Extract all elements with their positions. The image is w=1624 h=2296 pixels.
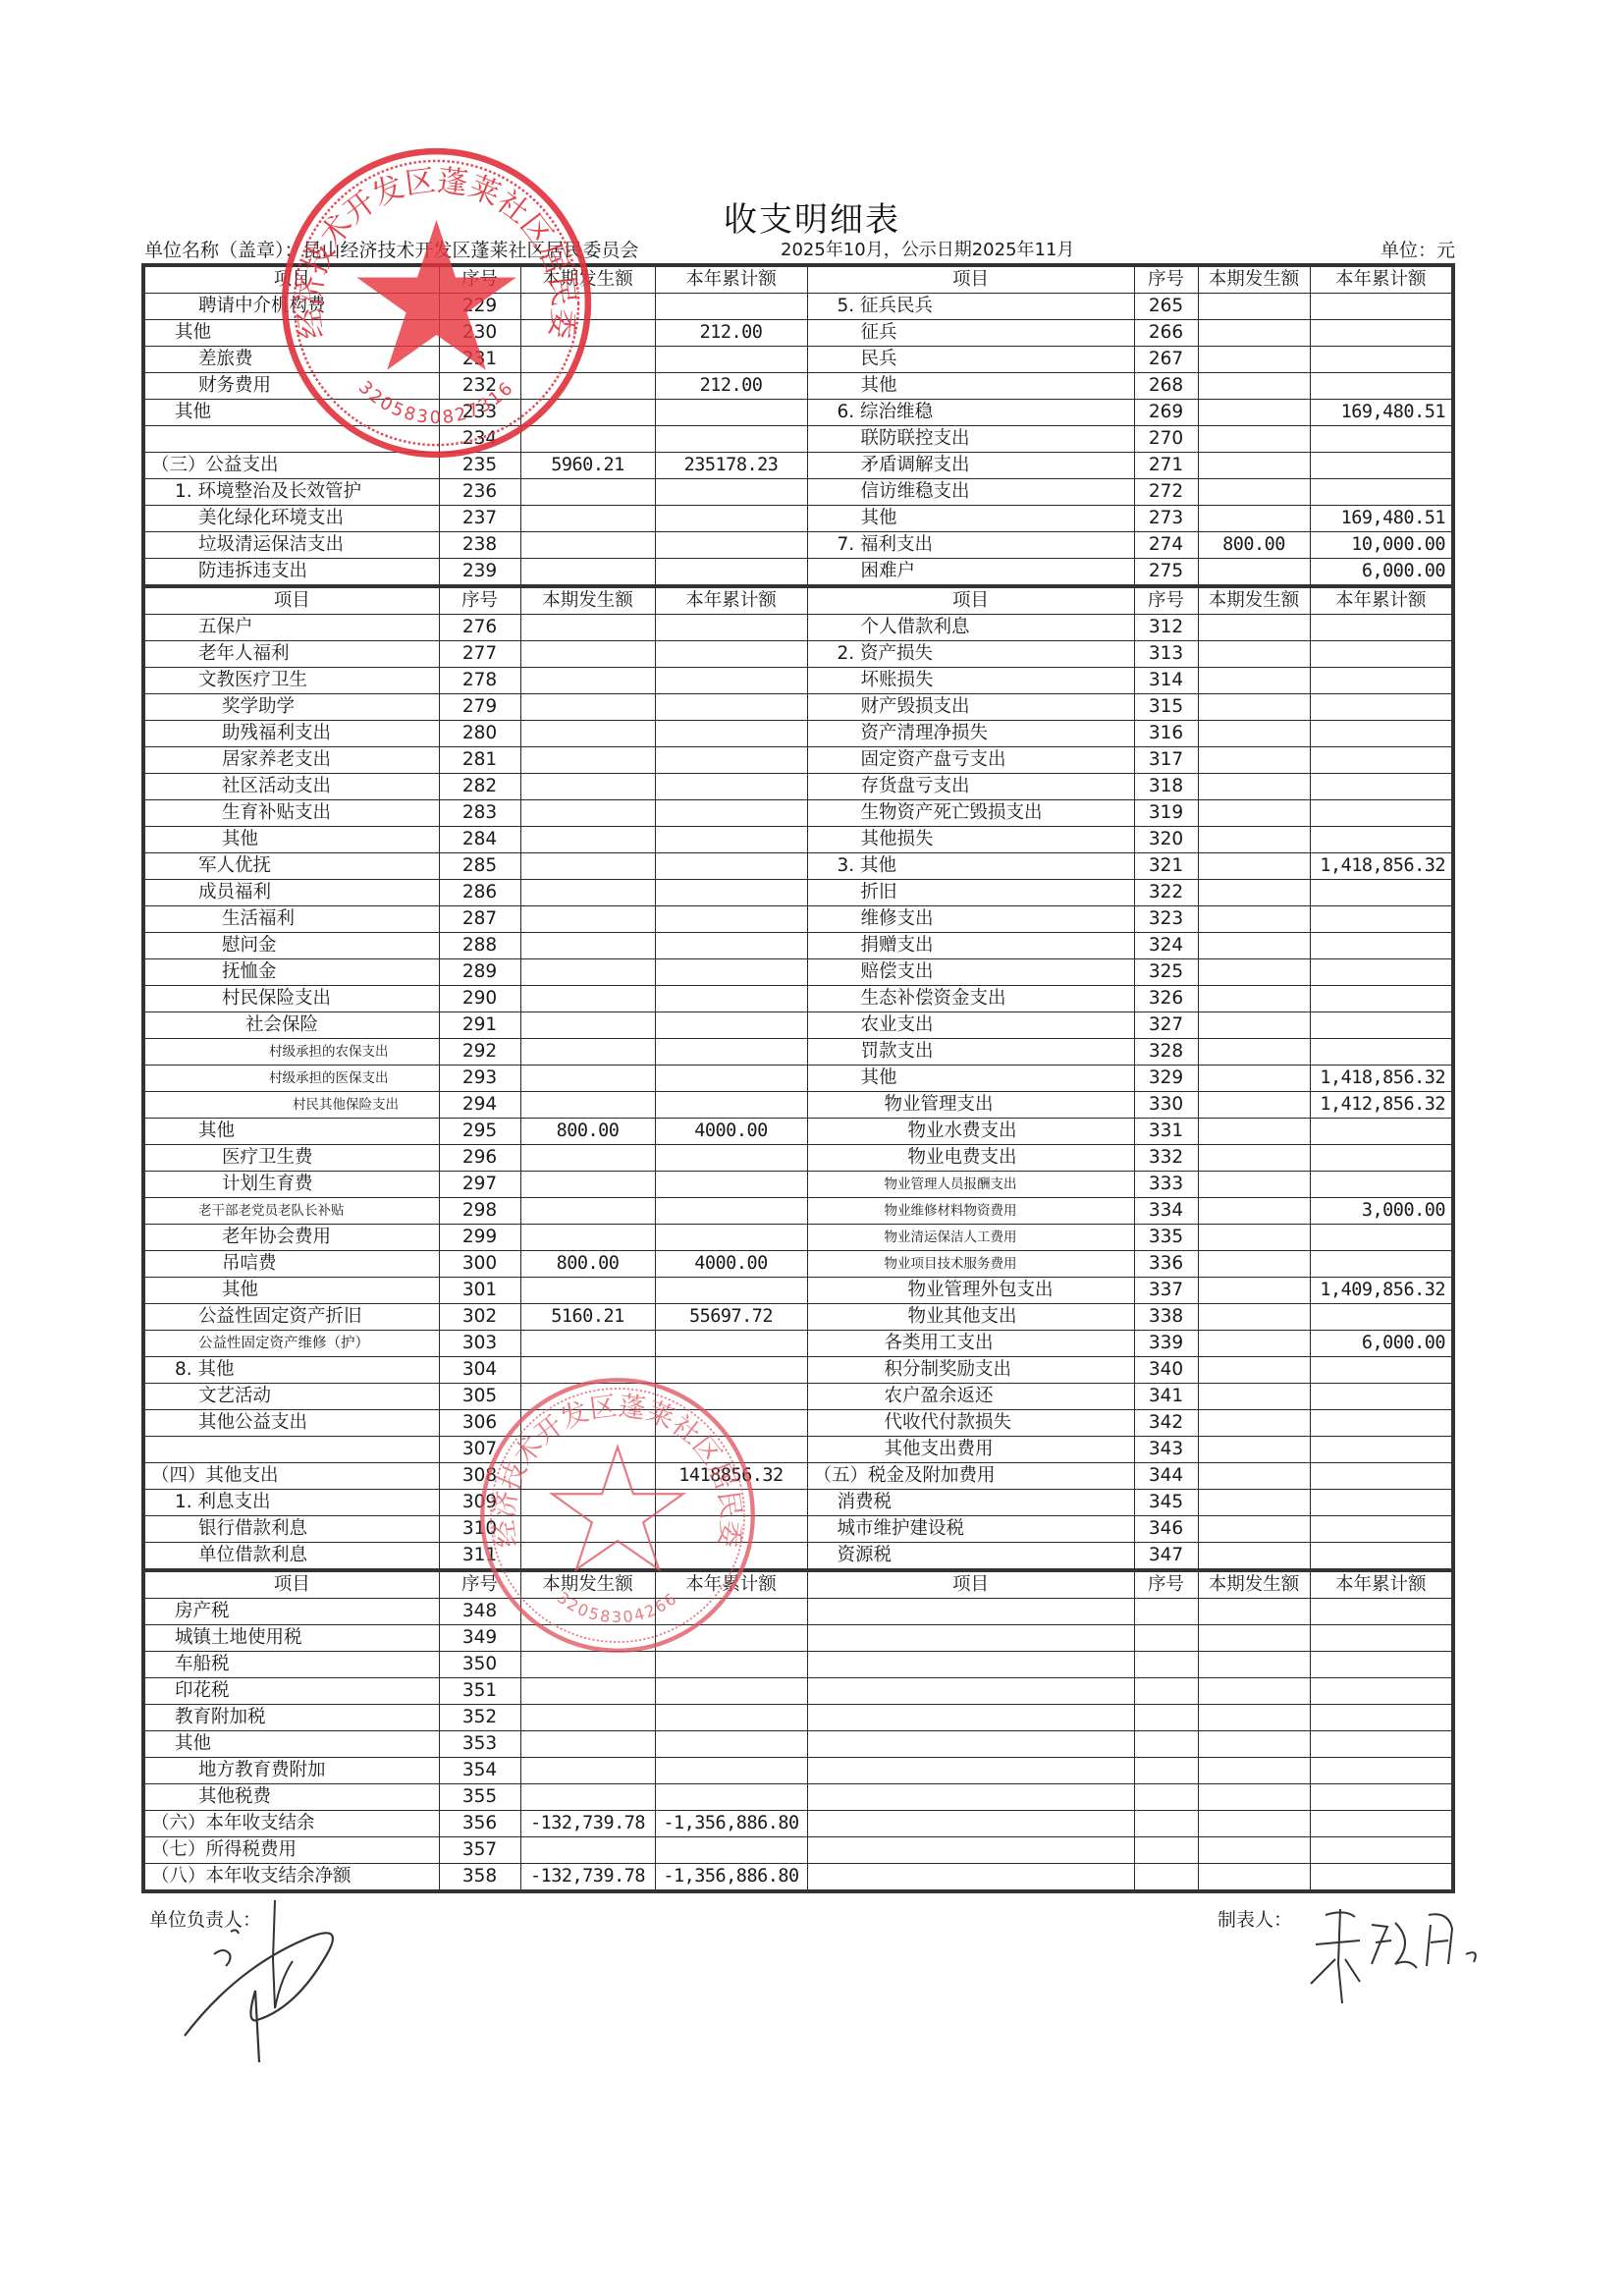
- table-row: 社区活动支出282存货盘亏支出318: [143, 774, 1453, 800]
- table-row: 其他税费355: [143, 1784, 1453, 1811]
- table-row: （六）本年收支结余356-132,739.78-1,356,886.80: [143, 1811, 1453, 1837]
- right-ytd-amount-cell: [1310, 1357, 1453, 1384]
- right-seq-cell: 330: [1134, 1092, 1198, 1119]
- right-item-cell: 维修支出: [807, 906, 1134, 933]
- left-seq-cell: 277: [439, 641, 520, 668]
- right-seq-cell: 274: [1134, 532, 1198, 559]
- right-seq-cell: 341: [1134, 1384, 1198, 1410]
- left-ytd-amount-cell: [655, 1599, 807, 1625]
- left-current-amount-cell: -132,739.78: [520, 1811, 655, 1837]
- left-ytd-amount-cell: [655, 1784, 807, 1811]
- right-item-cell: 矛盾调解支出: [807, 453, 1134, 479]
- right-seq-cell: [1134, 1625, 1198, 1652]
- right-current-amount-cell: [1198, 1784, 1310, 1811]
- left-seq-cell: 232: [439, 373, 520, 400]
- right-current-amount-cell: [1198, 347, 1310, 373]
- table-row: 老年协会费用299物业清运保洁人工费用335: [143, 1225, 1453, 1251]
- left-current-amount-cell: [520, 347, 655, 373]
- left-current-amount-cell: [520, 1705, 655, 1731]
- table-row: 文艺活动305农户盈余返还341: [143, 1384, 1453, 1410]
- table-row: 差旅费231民兵267: [143, 347, 1453, 373]
- left-item-cell: 财务费用: [143, 373, 439, 400]
- left-seq-cell: 279: [439, 694, 520, 721]
- table-row: 医疗卫生费296物业电费支出332: [143, 1145, 1453, 1172]
- right-item-cell: 3. 其他: [807, 853, 1134, 880]
- left-item-cell: 聘请中介机构费: [143, 294, 439, 320]
- right-ytd-amount-cell: [1310, 1599, 1453, 1625]
- right-seq-cell: 265: [1134, 294, 1198, 320]
- right-seq-cell: 322: [1134, 880, 1198, 906]
- right-current-amount-cell: [1198, 1251, 1310, 1278]
- right-seq-cell: [1134, 1705, 1198, 1731]
- right-current-amount-cell: [1198, 1172, 1310, 1198]
- left-seq-cell: 351: [439, 1678, 520, 1705]
- left-seq-cell: 352: [439, 1705, 520, 1731]
- right-ytd-amount-cell: [1310, 1039, 1453, 1066]
- left-seq-cell: 304: [439, 1357, 520, 1384]
- right-item-cell: 征兵: [807, 320, 1134, 347]
- right-item-cell: 其他损失: [807, 827, 1134, 853]
- report-meta-line: 单位名称（盖章）：昆山经济技术开发区蓬莱社区居民委员会 2025年10月，公示日…: [144, 236, 1455, 261]
- left-item-cell: 地方教育费附加: [143, 1758, 439, 1784]
- right-ytd-amount-cell: [1310, 800, 1453, 827]
- right-item-cell: 资产清理净损失: [807, 721, 1134, 747]
- left-current-amount-cell: [520, 1837, 655, 1864]
- right-ytd-amount-cell: 3,000.00: [1310, 1198, 1453, 1225]
- right-item-cell: 物业管理人员报酬支出: [807, 1172, 1134, 1198]
- table-row: 其他353: [143, 1731, 1453, 1758]
- right-current-amount-cell: [1198, 1145, 1310, 1172]
- right-seq-cell: 266: [1134, 320, 1198, 347]
- left-ytd-amount-cell: [655, 1625, 807, 1652]
- right-item-cell: 财产毁损支出: [807, 694, 1134, 721]
- left-ytd-amount-cell: [655, 1357, 807, 1384]
- left-current-amount-cell: [520, 1225, 655, 1251]
- right-item-cell: 物业管理外包支出: [807, 1278, 1134, 1304]
- table-header-row: 项目序号本期发生额本年累计额项目序号本期发生额本年累计额: [143, 265, 1453, 294]
- left-seq-cell: 291: [439, 1012, 520, 1039]
- table-row: 奖学助学279财产毁损支出315: [143, 694, 1453, 721]
- left-ytd-amount-cell: [655, 294, 807, 320]
- left-ytd-amount-cell: [655, 1172, 807, 1198]
- right-current-amount-cell: [1198, 1864, 1310, 1892]
- right-seq-cell: 338: [1134, 1304, 1198, 1331]
- left-current-amount-cell: [520, 373, 655, 400]
- left-item-cell: 老年人福利: [143, 641, 439, 668]
- column-header-seq: 序号: [439, 586, 520, 615]
- right-ytd-amount-cell: [1310, 1012, 1453, 1039]
- left-ytd-amount-cell: [655, 959, 807, 986]
- right-ytd-amount-cell: [1310, 906, 1453, 933]
- right-current-amount-cell: [1198, 559, 1310, 587]
- right-seq-cell: 335: [1134, 1225, 1198, 1251]
- column-header-ytd: 本年累计额: [655, 265, 807, 294]
- right-seq-cell: 318: [1134, 774, 1198, 800]
- left-seq-cell: 231: [439, 347, 520, 373]
- right-item-cell: 消费税: [807, 1490, 1134, 1516]
- right-ytd-amount-cell: [1310, 1172, 1453, 1198]
- right-current-amount-cell: [1198, 1119, 1310, 1145]
- right-current-amount-cell: [1198, 1463, 1310, 1490]
- right-current-amount-cell: [1198, 1278, 1310, 1304]
- right-ytd-amount-cell: [1310, 1225, 1453, 1251]
- left-seq-cell: 229: [439, 294, 520, 320]
- left-item-cell: 老干部老党员老队长补贴: [143, 1198, 439, 1225]
- right-ytd-amount-cell: [1310, 1811, 1453, 1837]
- right-current-amount-cell: [1198, 1705, 1310, 1731]
- right-ytd-amount-cell: [1310, 827, 1453, 853]
- table-row: 村民其他保险支出294物业管理支出3301,412,856.32: [143, 1092, 1453, 1119]
- right-ytd-amount-cell: [1310, 453, 1453, 479]
- right-current-amount-cell: [1198, 774, 1310, 800]
- table-row: 防违拆违支出239困难户2756,000.00: [143, 559, 1453, 587]
- left-current-amount-cell: [520, 880, 655, 906]
- right-current-amount-cell: [1198, 1225, 1310, 1251]
- left-current-amount-cell: [520, 906, 655, 933]
- right-current-amount-cell: [1198, 1758, 1310, 1784]
- left-seq-cell: 276: [439, 615, 520, 641]
- right-seq-cell: [1134, 1864, 1198, 1892]
- left-item-cell: 文教医疗卫生: [143, 668, 439, 694]
- right-ytd-amount-cell: 6,000.00: [1310, 1331, 1453, 1357]
- table-row: （三）公益支出2355960.21235178.23矛盾调解支出271: [143, 453, 1453, 479]
- right-current-amount-cell: [1198, 694, 1310, 721]
- left-seq-cell: 355: [439, 1784, 520, 1811]
- left-item-cell: 公益性固定资产折旧: [143, 1304, 439, 1331]
- table-row: 村民保险支出290生态补偿资金支出326: [143, 986, 1453, 1012]
- left-ytd-amount-cell: 4000.00: [655, 1119, 807, 1145]
- right-seq-cell: 267: [1134, 347, 1198, 373]
- right-item-cell: [807, 1784, 1134, 1811]
- right-item-cell: 民兵: [807, 347, 1134, 373]
- left-seq-cell: 283: [439, 800, 520, 827]
- left-current-amount-cell: [520, 721, 655, 747]
- right-seq-cell: [1134, 1599, 1198, 1625]
- right-item-cell: 物业管理支出: [807, 1092, 1134, 1119]
- right-current-amount-cell: [1198, 747, 1310, 774]
- left-item-cell: 印花税: [143, 1678, 439, 1705]
- left-item-cell: 单位借款利息: [143, 1543, 439, 1571]
- right-item-cell: 其他: [807, 373, 1134, 400]
- right-item-cell: 资源税: [807, 1543, 1134, 1571]
- left-ytd-amount-cell: 55697.72: [655, 1304, 807, 1331]
- left-current-amount-cell: [520, 1516, 655, 1543]
- right-ytd-amount-cell: [1310, 1437, 1453, 1463]
- left-item-cell: 社区活动支出: [143, 774, 439, 800]
- left-seq-cell: 296: [439, 1145, 520, 1172]
- table-row: 307其他支出费用343: [143, 1437, 1453, 1463]
- left-ytd-amount-cell: [655, 774, 807, 800]
- left-seq-cell: 235: [439, 453, 520, 479]
- right-seq-cell: [1134, 1758, 1198, 1784]
- right-ytd-amount-cell: [1310, 479, 1453, 506]
- table-row: 单位借款利息311资源税347: [143, 1543, 1453, 1571]
- left-current-amount-cell: [520, 1092, 655, 1119]
- page-title: 收支明细表: [0, 192, 1624, 241]
- right-seq-cell: [1134, 1652, 1198, 1678]
- table-row: 234联防联控支出270: [143, 426, 1453, 453]
- right-seq-cell: 320: [1134, 827, 1198, 853]
- left-item-cell: 计划生育费: [143, 1172, 439, 1198]
- left-ytd-amount-cell: [655, 506, 807, 532]
- left-seq-cell: 233: [439, 400, 520, 426]
- right-current-amount-cell: [1198, 1678, 1310, 1705]
- right-current-amount-cell: [1198, 959, 1310, 986]
- table-row: 财务费用232212.00其他268: [143, 373, 1453, 400]
- right-item-cell: 折旧: [807, 880, 1134, 906]
- column-header-item: 项目: [807, 265, 1134, 294]
- left-current-amount-cell: [520, 827, 655, 853]
- right-seq-cell: 339: [1134, 1331, 1198, 1357]
- right-ytd-amount-cell: [1310, 615, 1453, 641]
- left-ytd-amount-cell: [655, 800, 807, 827]
- left-current-amount-cell: [520, 615, 655, 641]
- right-ytd-amount-cell: [1310, 1463, 1453, 1490]
- left-seq-cell: 288: [439, 933, 520, 959]
- right-item-cell: 信访维稳支出: [807, 479, 1134, 506]
- left-ytd-amount-cell: [655, 641, 807, 668]
- left-seq-cell: 295: [439, 1119, 520, 1145]
- left-item-cell: （三）公益支出: [143, 453, 439, 479]
- right-current-amount-cell: [1198, 1012, 1310, 1039]
- column-header-item: 项目: [143, 1570, 439, 1599]
- right-ytd-amount-cell: [1310, 373, 1453, 400]
- table-row: 聘请中介机构费2295. 征兵民兵265: [143, 294, 1453, 320]
- left-ytd-amount-cell: [655, 694, 807, 721]
- right-current-amount-cell: [1198, 426, 1310, 453]
- right-ytd-amount-cell: [1310, 986, 1453, 1012]
- left-seq-cell: 358: [439, 1864, 520, 1892]
- column-header-current: 本期发生额: [1198, 265, 1310, 294]
- left-item-cell: 军人优抚: [143, 853, 439, 880]
- left-current-amount-cell: [520, 532, 655, 559]
- column-header-current: 本期发生额: [520, 265, 655, 294]
- left-ytd-amount-cell: [655, 1145, 807, 1172]
- left-item-cell: 村民保险支出: [143, 986, 439, 1012]
- table-row: 五保户276个人借款利息312: [143, 615, 1453, 641]
- left-ytd-amount-cell: 235178.23: [655, 453, 807, 479]
- table-row: 地方教育费附加354: [143, 1758, 1453, 1784]
- right-item-cell: 2. 资产损失: [807, 641, 1134, 668]
- left-item-cell: 村级承担的农保支出: [143, 1039, 439, 1066]
- left-seq-cell: 239: [439, 559, 520, 587]
- left-item-cell: [143, 426, 439, 453]
- left-seq-cell: 350: [439, 1652, 520, 1678]
- table-row: 1. 环境整治及长效管护236信访维稳支出272: [143, 479, 1453, 506]
- left-ytd-amount-cell: [655, 1490, 807, 1516]
- table-row: 城镇土地使用税349: [143, 1625, 1453, 1652]
- right-item-cell: [807, 1599, 1134, 1625]
- right-current-amount-cell: [1198, 1331, 1310, 1357]
- right-current-amount-cell: [1198, 1198, 1310, 1225]
- right-current-amount-cell: [1198, 1652, 1310, 1678]
- right-seq-cell: 342: [1134, 1410, 1198, 1437]
- right-current-amount-cell: [1198, 1437, 1310, 1463]
- left-current-amount-cell: [520, 426, 655, 453]
- right-seq-cell: 270: [1134, 426, 1198, 453]
- right-current-amount-cell: [1198, 1490, 1310, 1516]
- income-expense-table: 项目序号本期发生额本年累计额项目序号本期发生额本年累计额聘请中介机构费2295.…: [141, 263, 1451, 1893]
- right-ytd-amount-cell: [1310, 668, 1453, 694]
- right-current-amount-cell: [1198, 453, 1310, 479]
- table-row: 村级承担的农保支出292罚款支出328: [143, 1039, 1453, 1066]
- left-ytd-amount-cell: [655, 1384, 807, 1410]
- right-ytd-amount-cell: [1310, 294, 1453, 320]
- right-current-amount-cell: [1198, 320, 1310, 347]
- right-ytd-amount-cell: [1310, 1543, 1453, 1571]
- left-current-amount-cell: [520, 1758, 655, 1784]
- left-ytd-amount-cell: [655, 668, 807, 694]
- left-current-amount-cell: [520, 1463, 655, 1490]
- left-item-cell: （四）其他支出: [143, 1463, 439, 1490]
- left-item-cell: 吊唁费: [143, 1251, 439, 1278]
- left-item-cell: 其他: [143, 1119, 439, 1145]
- table-row: 其他301物业管理外包支出3371,409,856.32: [143, 1278, 1453, 1304]
- column-header-item: 项目: [143, 586, 439, 615]
- right-seq-cell: 268: [1134, 373, 1198, 400]
- right-ytd-amount-cell: [1310, 1119, 1453, 1145]
- right-item-cell: 积分制奖励支出: [807, 1357, 1134, 1384]
- left-current-amount-cell: [520, 986, 655, 1012]
- left-seq-cell: 302: [439, 1304, 520, 1331]
- left-current-amount-cell: [520, 1384, 655, 1410]
- left-ytd-amount-cell: [655, 880, 807, 906]
- left-ytd-amount-cell: 212.00: [655, 320, 807, 347]
- left-ytd-amount-cell: [655, 1758, 807, 1784]
- left-ytd-amount-cell: [655, 1066, 807, 1092]
- right-seq-cell: 344: [1134, 1463, 1198, 1490]
- column-header-seq: 序号: [1134, 265, 1198, 294]
- right-seq-cell: 272: [1134, 479, 1198, 506]
- left-current-amount-cell: [520, 1437, 655, 1463]
- left-ytd-amount-cell: [655, 721, 807, 747]
- left-item-cell: （六）本年收支结余: [143, 1811, 439, 1837]
- right-current-amount-cell: [1198, 373, 1310, 400]
- table-row: 银行借款利息310城市维护建设税346: [143, 1516, 1453, 1543]
- right-item-cell: 罚款支出: [807, 1039, 1134, 1066]
- left-current-amount-cell: 800.00: [520, 1251, 655, 1278]
- right-ytd-amount-cell: [1310, 1516, 1453, 1543]
- left-seq-cell: 300: [439, 1251, 520, 1278]
- left-current-amount-cell: [520, 506, 655, 532]
- left-current-amount-cell: [520, 559, 655, 587]
- right-item-cell: 个人借款利息: [807, 615, 1134, 641]
- left-item-cell: （七）所得税费用: [143, 1837, 439, 1864]
- table-header-row: 项目序号本期发生额本年累计额项目序号本期发生额本年累计额: [143, 1570, 1453, 1599]
- right-ytd-amount-cell: [1310, 959, 1453, 986]
- left-item-cell: 助残福利支出: [143, 721, 439, 747]
- right-item-cell: [807, 1625, 1134, 1652]
- column-header-current: 本期发生额: [1198, 586, 1310, 615]
- left-item-cell: 8. 其他: [143, 1357, 439, 1384]
- left-seq-cell: 308: [439, 1463, 520, 1490]
- left-current-amount-cell: [520, 853, 655, 880]
- right-current-amount-cell: [1198, 1066, 1310, 1092]
- left-current-amount-cell: [520, 1172, 655, 1198]
- left-current-amount-cell: [520, 294, 655, 320]
- table-row: 老年人福利2772. 资产损失313: [143, 641, 1453, 668]
- table-row: 慰问金288捐赠支出324: [143, 933, 1453, 959]
- left-ytd-amount-cell: 212.00: [655, 373, 807, 400]
- left-item-cell: 城镇土地使用税: [143, 1625, 439, 1652]
- left-current-amount-cell: [520, 1331, 655, 1357]
- left-item-cell: （八）本年收支结余净额: [143, 1864, 439, 1892]
- table-row: 老干部老党员老队长补贴298物业维修材料物资费用3343,000.00: [143, 1198, 1453, 1225]
- left-seq-cell: 238: [439, 532, 520, 559]
- right-ytd-amount-cell: [1310, 1490, 1453, 1516]
- right-ytd-amount-cell: [1310, 426, 1453, 453]
- right-current-amount-cell: [1198, 721, 1310, 747]
- right-seq-cell: [1134, 1731, 1198, 1758]
- column-header-seq: 序号: [439, 1570, 520, 1599]
- right-current-amount-cell: [1198, 1811, 1310, 1837]
- left-ytd-amount-cell: [655, 986, 807, 1012]
- left-current-amount-cell: [520, 1543, 655, 1571]
- left-item-cell: 老年协会费用: [143, 1225, 439, 1251]
- preparer-label: 制表人：: [1218, 1905, 1292, 1932]
- left-current-amount-cell: [520, 1625, 655, 1652]
- left-seq-cell: 311: [439, 1543, 520, 1571]
- left-current-amount-cell: [520, 641, 655, 668]
- right-ytd-amount-cell: [1310, 880, 1453, 906]
- left-ytd-amount-cell: [655, 827, 807, 853]
- left-current-amount-cell: [520, 1066, 655, 1092]
- right-current-amount-cell: [1198, 853, 1310, 880]
- left-seq-cell: 305: [439, 1384, 520, 1410]
- right-ytd-amount-cell: [1310, 1864, 1453, 1892]
- right-seq-cell: 327: [1134, 1012, 1198, 1039]
- table-row: 社会保险291农业支出327: [143, 1012, 1453, 1039]
- right-seq-cell: 340: [1134, 1357, 1198, 1384]
- right-current-amount-cell: [1198, 479, 1310, 506]
- right-seq-cell: 269: [1134, 400, 1198, 426]
- right-seq-cell: 312: [1134, 615, 1198, 641]
- right-current-amount-cell: [1198, 1384, 1310, 1410]
- left-ytd-amount-cell: [655, 1039, 807, 1066]
- right-seq-cell: 316: [1134, 721, 1198, 747]
- left-item-cell: 村级承担的医保支出: [143, 1066, 439, 1092]
- table-row: （八）本年收支结余净额358-132,739.78-1,356,886.80: [143, 1864, 1453, 1892]
- left-item-cell: 其他公益支出: [143, 1410, 439, 1437]
- right-ytd-amount-cell: [1310, 721, 1453, 747]
- right-ytd-amount-cell: [1310, 1410, 1453, 1437]
- left-ytd-amount-cell: [655, 559, 807, 587]
- right-item-cell: 捐赠支出: [807, 933, 1134, 959]
- unit-leader-label: 单位负责人：: [149, 1905, 261, 1932]
- left-current-amount-cell: [520, 1357, 655, 1384]
- left-seq-cell: 281: [439, 747, 520, 774]
- left-ytd-amount-cell: -1,356,886.80: [655, 1864, 807, 1892]
- right-current-amount-cell: [1198, 641, 1310, 668]
- right-seq-cell: 271: [1134, 453, 1198, 479]
- right-seq-cell: 325: [1134, 959, 1198, 986]
- left-seq-cell: 290: [439, 986, 520, 1012]
- right-ytd-amount-cell: [1310, 933, 1453, 959]
- left-seq-cell: 230: [439, 320, 520, 347]
- right-ytd-amount-cell: [1310, 1251, 1453, 1278]
- right-item-cell: 物业清运保洁人工费用: [807, 1225, 1134, 1251]
- right-current-amount-cell: 800.00: [1198, 532, 1310, 559]
- left-seq-cell: 301: [439, 1278, 520, 1304]
- left-item-cell: 1. 利息支出: [143, 1490, 439, 1516]
- left-seq-cell: 282: [439, 774, 520, 800]
- right-item-cell: 其他支出费用: [807, 1437, 1134, 1463]
- right-item-cell: 代收代付款损失: [807, 1410, 1134, 1437]
- left-item-cell: 成员福利: [143, 880, 439, 906]
- left-ytd-amount-cell: [655, 532, 807, 559]
- left-seq-cell: 280: [439, 721, 520, 747]
- right-seq-cell: 314: [1134, 668, 1198, 694]
